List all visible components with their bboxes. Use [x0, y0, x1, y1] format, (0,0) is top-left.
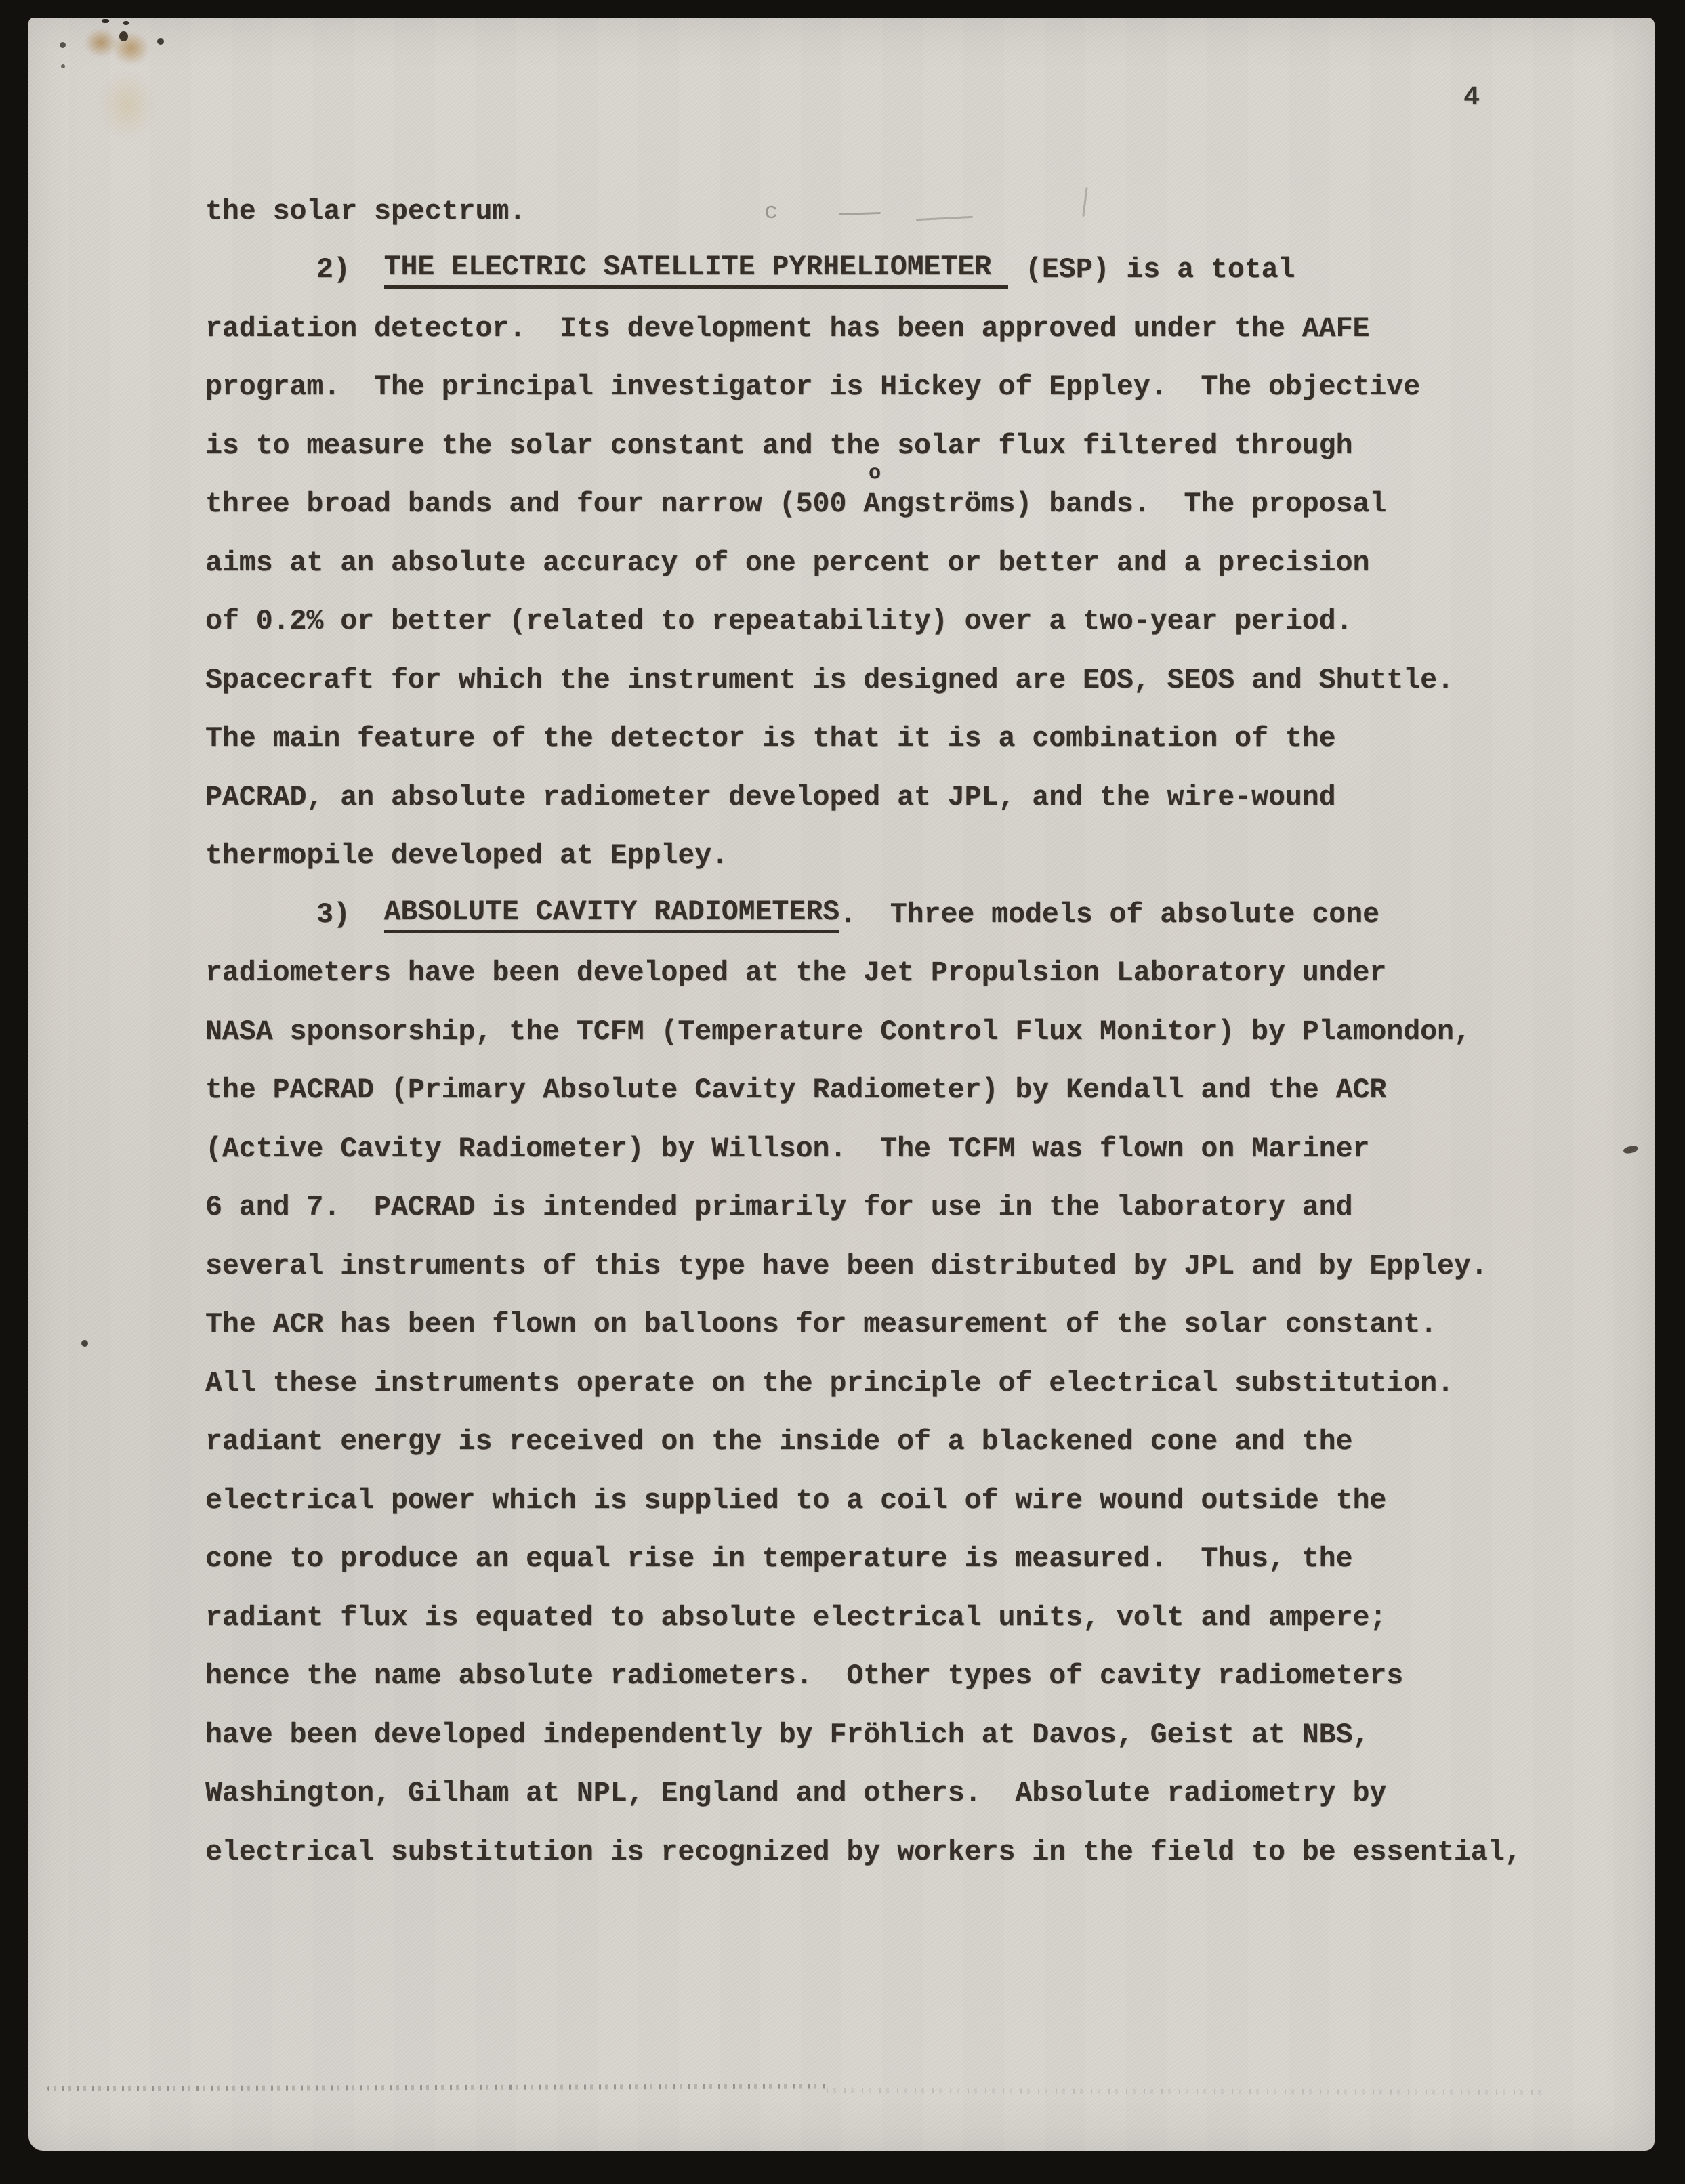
- text-line: PACRAD, an absolute radiometer developed…: [205, 768, 1615, 827]
- text-line: of 0.2% or better (related to repeatabil…: [205, 593, 1615, 652]
- text-line: aims at an absolute accuracy of one perc…: [205, 534, 1615, 593]
- text-line: the solar spectrum.: [205, 182, 1615, 241]
- text-line: (Active Cavity Radiometer) by Willson. T…: [205, 1120, 1615, 1179]
- heading-number: 2): [316, 254, 384, 286]
- heading-tail-text: . Three models of absolute cone: [839, 899, 1379, 931]
- paper-speck: [60, 42, 66, 48]
- scan-background: { "page": { "number": "4" }, "body": { "…: [0, 0, 1685, 2184]
- margin-dot: [81, 1340, 88, 1347]
- text-line: Washington, Gilham at NPL, England and o…: [205, 1765, 1615, 1824]
- ink-smudge: [1623, 1144, 1639, 1154]
- text-line: All these instruments operate on the pri…: [205, 1354, 1615, 1413]
- text-line: radiant energy is received on the inside…: [205, 1413, 1615, 1472]
- text-line: radiometers have been developed at the J…: [205, 944, 1615, 1003]
- stain-speck: [119, 31, 128, 41]
- text-line: electrical substitution is recognized by…: [205, 1823, 1615, 1882]
- text-line: thermopile developed at Eppley.: [205, 827, 1615, 886]
- paper-speck: [157, 38, 164, 45]
- text-block: the solar spectrum. 2) THE ELECTRIC SATE…: [205, 182, 1615, 1882]
- angstrom-ring-mark: o: [869, 462, 881, 485]
- heading-underlined-title: ABSOLUTE CAVITY RADIOMETERS: [384, 896, 839, 933]
- text-line: radiant flux is equated to absolute elec…: [205, 1589, 1615, 1647]
- heading-tail-text: (ESP) is a total: [1008, 254, 1295, 286]
- section-heading-2: 2) THE ELECTRIC SATELLITE PYRHELIOMETER …: [316, 241, 1615, 300]
- stain-wash: [95, 64, 160, 146]
- rust-stain: [107, 27, 154, 69]
- text-line: several instruments of this type have be…: [205, 1237, 1615, 1296]
- text-line: cone to produce an equal rise in tempera…: [205, 1530, 1615, 1589]
- text-line: The ACR has been flown on balloons for m…: [205, 1296, 1615, 1355]
- paper-speck: [61, 64, 65, 68]
- bottom-scratch-line: [47, 2084, 827, 2091]
- document-page: 4 the solar spectrum. 2) THE ELECTRIC SA…: [28, 18, 1655, 2151]
- edge-speck: [102, 19, 109, 23]
- heading-number: 3): [316, 899, 384, 931]
- edge-speck: [123, 21, 129, 25]
- text-line: have been developed independently by Frö…: [205, 1706, 1615, 1765]
- page-number: 4: [1463, 83, 1480, 113]
- text-line: radiation detector. Its development has …: [205, 299, 1615, 358]
- heading-underlined-title: THE ELECTRIC SATELLITE PYRHELIOMETER: [384, 251, 1008, 289]
- text-line: is to measure the solar constant and the…: [205, 417, 1615, 476]
- text-line: Spacecraft for which the instrument is d…: [205, 651, 1615, 710]
- text-line: the PACRAD (Primary Absolute Cavity Radi…: [205, 1062, 1615, 1120]
- section-heading-3: 3) ABSOLUTE CAVITY RADIOMETERS. Three mo…: [316, 885, 1615, 944]
- bottom-scratch-line: [827, 2088, 1545, 2095]
- text-line: NASA sponsorship, the TCFM (Temperature …: [205, 1003, 1615, 1062]
- text-line: program. The principal investigator is H…: [205, 358, 1615, 417]
- pencil-mark: c: [764, 200, 778, 226]
- text-line: hence the name absolute radiometers. Oth…: [205, 1647, 1615, 1706]
- text-line: The main feature of the detector is that…: [205, 710, 1615, 769]
- text-line: 6 and 7. PACRAD is intended primarily fo…: [205, 1179, 1615, 1238]
- text-line: electrical power which is supplied to a …: [205, 1471, 1615, 1530]
- text-line: three broad bands and four narrow (500 A…: [205, 476, 1615, 534]
